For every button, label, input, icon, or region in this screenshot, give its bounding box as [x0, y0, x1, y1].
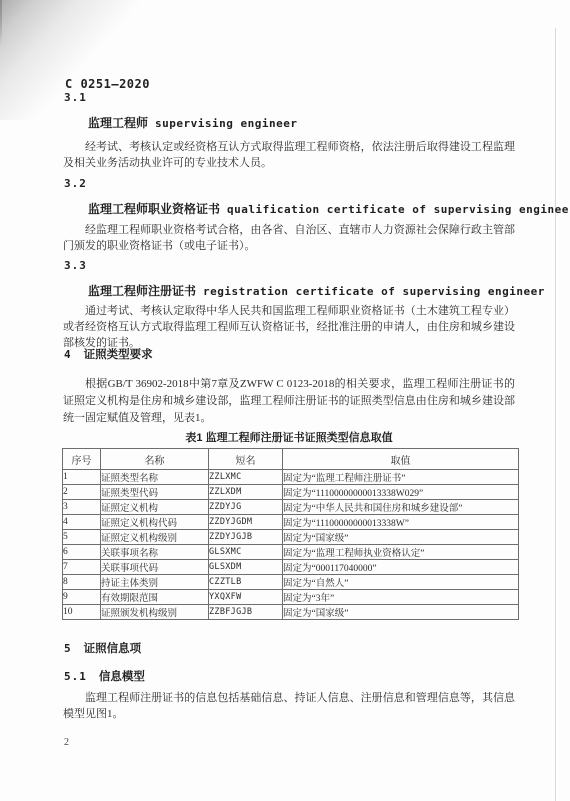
- cell-name: 证照定义机构代码: [101, 515, 209, 530]
- term-heading-3-3: 监理工程师注册证书registration certificate of sup…: [88, 282, 545, 300]
- cell-seq: 2: [63, 485, 101, 500]
- table-row: 1 证照类型名称 ZZLXMC 固定为“监理工程师注册证书”: [63, 470, 519, 485]
- cell-seq: 8: [63, 575, 101, 590]
- cell-name: 证照类型名称: [101, 470, 209, 485]
- scan-page-edge-line: [555, 28, 556, 801]
- cell-seq: 3: [63, 500, 101, 515]
- cell-name: 持证主体类别: [101, 575, 209, 590]
- table-caption: 表1 监理工程师注册证书证照类型信息取值: [63, 429, 515, 445]
- cell-seq: 7: [63, 560, 101, 575]
- section-number-3-2: 3.2: [64, 177, 87, 190]
- table-row: 5 证照定义机构级别 ZZDYJGJB 固定为“国家级”: [63, 530, 519, 545]
- table-row: 6 关联事项名称 GLSXMC 固定为“监理工程师执业资格认定”: [63, 545, 519, 560]
- info-table: 序号 名称 短名 取值 1 证照类型名称 ZZLXMC 固定为“监理工程师注册证…: [62, 448, 519, 620]
- cell-value: 固定为“监理工程师注册证书”: [283, 470, 519, 485]
- column-header-shortname: 短名: [209, 449, 283, 470]
- term-heading-3-1: 监理工程师supervising engineer: [88, 114, 297, 132]
- body-paragraph-4: 根据GB/T 36902-2018中第7章及ZWFW C 0123-2018的相…: [63, 376, 515, 427]
- term-zh: 监理工程师注册证书: [88, 284, 196, 298]
- column-header-name: 名称: [101, 449, 209, 470]
- heading-title: 证照信息项: [84, 643, 142, 655]
- definition-paragraph-3-2: 经监理工程师职业资格考试合格，由各省、自治区、直辖市人力资源社会保障行政主管部门…: [63, 222, 515, 254]
- cell-value: 固定为“中华人民共和国住房和城乡建设部”: [283, 500, 519, 515]
- table-row: 7 关联事项代码 GLSXDM 固定为“000117040000”: [63, 560, 519, 575]
- table-row: 9 有效期限范围 YXQXFW 固定为“3年”: [63, 590, 519, 605]
- section-number-3-3: 3.3: [64, 259, 87, 272]
- section-heading-4: 4证照类型要求: [64, 346, 153, 362]
- definition-paragraph-3-1: 经考试、考核认定或经资格互认方式取得监理工程师资格，依法注册后取得建设工程监理及…: [63, 139, 515, 171]
- cell-value: 固定为“11100000000013338W029”: [283, 485, 519, 500]
- cell-seq: 5: [63, 530, 101, 545]
- heading-title: 证照类型要求: [84, 349, 153, 361]
- heading-number: 5: [64, 642, 72, 655]
- cell-shortname: YXQXFW: [209, 590, 283, 605]
- cell-name: 证照颁发机构级别: [101, 605, 209, 620]
- term-zh: 监理工程师职业资格证书: [88, 202, 220, 216]
- heading-title: 信息模型: [99, 671, 145, 683]
- cell-value: 固定为“自然人”: [283, 575, 519, 590]
- heading-number: 5.1: [64, 670, 87, 683]
- table-row: 4 证照定义机构代码 ZZDYJGDM 固定为“1110000000001333…: [63, 515, 519, 530]
- cell-shortname: ZZLXMC: [209, 470, 283, 485]
- doc-number: C 0251—2020: [65, 77, 150, 91]
- table-row: 10 证照颁发机构级别 ZZBFJGJB 固定为“国家级”: [63, 605, 519, 620]
- table-header-row: 序号 名称 短名 取值: [63, 449, 519, 470]
- term-zh: 监理工程师: [88, 116, 148, 130]
- table-row: 2 证照类型代码 ZZLXDM 固定为“11100000000013338W02…: [63, 485, 519, 500]
- table-row: 8 持证主体类别 CZZTLB 固定为“自然人”: [63, 575, 519, 590]
- term-en: registration certificate of supervising …: [203, 285, 545, 298]
- cell-name: 证照定义机构级别: [101, 530, 209, 545]
- cell-seq: 1: [63, 470, 101, 485]
- cell-seq: 9: [63, 590, 101, 605]
- term-heading-3-2: 监理工程师职业资格证书qualification certificate of …: [88, 200, 570, 218]
- document-page: C 0251—2020 3.1 监理工程师supervising enginee…: [0, 0, 570, 801]
- page-number: 2: [64, 737, 69, 748]
- cell-value: 固定为“国家级”: [283, 530, 519, 545]
- scan-edge-sliver: [0, 0, 2, 46]
- cell-name: 证照类型代码: [101, 485, 209, 500]
- cell-seq: 6: [63, 545, 101, 560]
- section-number-3-1: 3.1: [64, 91, 87, 104]
- cell-shortname: CZZTLB: [209, 575, 283, 590]
- term-en: supervising engineer: [155, 117, 297, 130]
- cell-shortname: ZZBFJGJB: [209, 605, 283, 620]
- cell-shortname: ZZDYJG: [209, 500, 283, 515]
- cell-value: 固定为“3年”: [283, 590, 519, 605]
- cell-value: 固定为“监理工程师执业资格认定”: [283, 545, 519, 560]
- term-en: qualification certificate of supervising…: [227, 203, 570, 216]
- cell-name: 关联事项名称: [101, 545, 209, 560]
- cell-value: 固定为“11100000000013338W”: [283, 515, 519, 530]
- definition-paragraph-3-3: 通过考试、考核认定取得中华人民共和国监理工程师职业资格证书（土木建筑工程专业）或…: [63, 303, 515, 351]
- cell-value: 固定为“国家级”: [283, 605, 519, 620]
- column-header-value: 取值: [283, 449, 519, 470]
- column-header-seq: 序号: [63, 449, 101, 470]
- body-paragraph-5-1: 监理工程师注册证书的信息包括基础信息、持证人信息、注册信息和管理信息等，其信息模…: [63, 690, 515, 722]
- table-row: 3 证照定义机构 ZZDYJG 固定为“中华人民共和国住房和城乡建设部”: [63, 500, 519, 515]
- cell-name: 关联事项代码: [101, 560, 209, 575]
- cell-seq: 4: [63, 515, 101, 530]
- cell-shortname: ZZDYJGDM: [209, 515, 283, 530]
- cell-shortname: GLSXMC: [209, 545, 283, 560]
- cell-seq: 10: [63, 605, 101, 620]
- heading-number: 4: [64, 348, 72, 361]
- section-heading-5: 5证照信息项: [64, 640, 141, 656]
- cell-shortname: ZZDYJGJB: [209, 530, 283, 545]
- cell-shortname: ZZLXDM: [209, 485, 283, 500]
- cell-name: 证照定义机构: [101, 500, 209, 515]
- cell-name: 有效期限范围: [101, 590, 209, 605]
- cell-value: 固定为“000117040000”: [283, 560, 519, 575]
- section-heading-5-1: 5.1信息模型: [64, 668, 145, 684]
- cell-shortname: GLSXDM: [209, 560, 283, 575]
